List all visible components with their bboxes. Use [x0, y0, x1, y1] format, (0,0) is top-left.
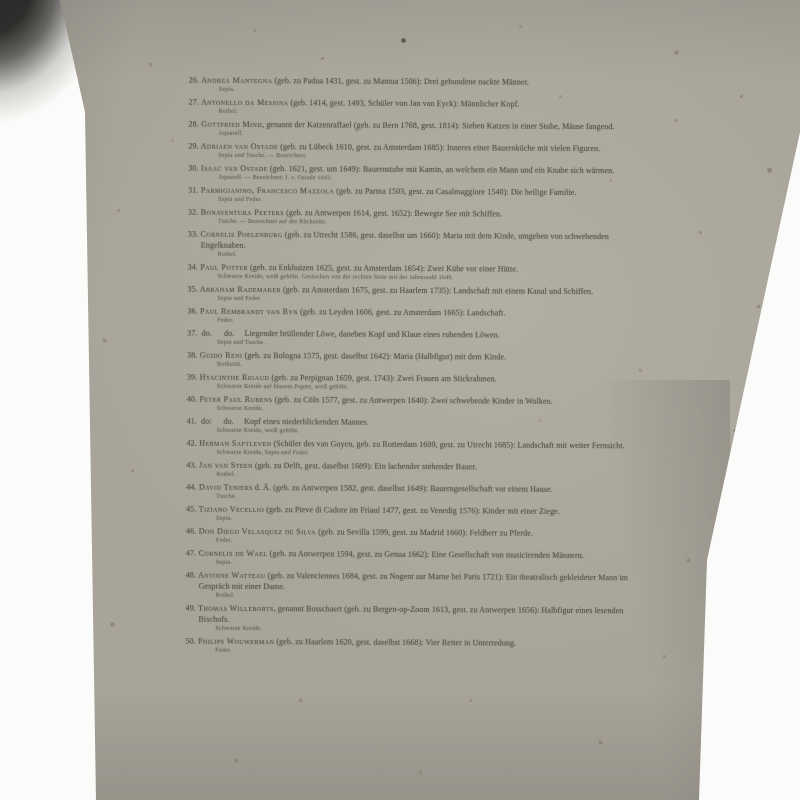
- entry-number: 47.: [186, 549, 196, 558]
- entry-medium-note: Schwarze Kreide, weiß gehöht.: [217, 427, 649, 438]
- catalog-entry: 33. Cornelis Poelenburg (geb. zu Utrecht…: [188, 229, 650, 262]
- entry-number: 40.: [187, 395, 197, 404]
- entry-number: 29.: [188, 142, 198, 151]
- entry-description: (geb. zu Sevilla 1599, gest. zu Madrid 1…: [316, 527, 533, 537]
- artist-name: David Teniers: [197, 483, 253, 492]
- entry-number: 37.: [187, 329, 197, 338]
- entry-number: 39.: [187, 373, 197, 382]
- artist-name: Guido Reni: [197, 351, 242, 360]
- catalog-entry: 42. Herman Saftleven (Schüler des van Go…: [186, 438, 648, 460]
- catalog-entry: 45. Tiziano Vecellio (geb. zu Pieve di C…: [186, 504, 648, 526]
- entry-medium-note: Sepia und Feder.: [218, 196, 650, 207]
- entry-description: (geb. zu Padua 1431, gest. zu Mantua 150…: [272, 76, 529, 87]
- entry-medium-note: Schwarze Kreide.: [215, 625, 647, 636]
- artist-name: Antoine Watteau: [196, 571, 266, 580]
- catalog-entry: 29. Adriaen van Ostade (geb. zu Lübeck 1…: [188, 141, 650, 163]
- entry-medium-note: Schwarze Kreide, weiß gehöht. Gestochen …: [218, 273, 650, 284]
- entry-medium-note: Sepia.: [219, 86, 651, 97]
- entry-medium-note: Rothel.: [218, 251, 650, 262]
- catalog-entry: 47. Cornelis de Wael (geb. zu Antwerpen …: [186, 548, 648, 570]
- artist-name: Herman Saftleven: [197, 439, 272, 448]
- catalog-entry: 41. do. do. Kopf eines niederblickenden …: [187, 416, 649, 438]
- photo-of-catalog-page: 26. Andrea Mantegna (geb. zu Padua 1431,…: [0, 0, 800, 800]
- catalog-entry: 37. do. do. Liegender brüllender Löwe, d…: [187, 328, 649, 350]
- artist-name: Hyacinthe Rigaud: [197, 373, 269, 382]
- entry-description: (geb. zu Cöln 1577, gest. zu Antwerpen 1…: [272, 395, 552, 406]
- catalog-entry: 26. Andrea Mantegna (geb. zu Padua 1431,…: [189, 75, 651, 97]
- artist-name: Peter Paul Rubens: [197, 395, 272, 404]
- entry-number: 32.: [188, 208, 198, 217]
- entry-description: (geb. zu Pieve di Cadore im Friaul 1477,…: [264, 505, 560, 516]
- entry-number: 38.: [187, 351, 197, 360]
- catalog-entry: 39. Hyacinthe Rigaud (geb. zu Perpignan …: [187, 372, 649, 394]
- entry-number: 35.: [187, 285, 197, 294]
- artist-name: Paul Rembrandt van Ryn: [198, 307, 298, 317]
- entry-medium-note: Sepia und Tusche.: [217, 339, 649, 350]
- entry-number: 44.: [186, 483, 196, 492]
- entry-number: 34.: [188, 263, 198, 272]
- entry-medium-note: Schwarze Kreide.: [217, 405, 649, 416]
- catalog-entry: 28. Gottfried Mind, genannt der Katzenra…: [188, 119, 650, 141]
- entries-list: 26. Andrea Mantegna (geb. zu Padua 1431,…: [185, 75, 651, 658]
- paper-page: 26. Andrea Mantegna (geb. zu Padua 1431,…: [0, 0, 800, 800]
- entry-description: (geb. zu Lübeck 1610, gest. zu Amsterdam…: [278, 142, 600, 153]
- entry-medium-note: Feder.: [215, 647, 647, 658]
- entry-text: 49. Thomas Willeborts, genannt Bosschaer…: [185, 603, 647, 628]
- entry-description: (geb. zu Antwerpen 1614, gest. 1652): Be…: [284, 208, 502, 218]
- entry-medium-note: Sepia.: [216, 515, 648, 526]
- artist-name: Parmigianino, Francesco Mazzola: [198, 186, 334, 196]
- entry-number: 46.: [186, 527, 196, 536]
- entry-number: 26.: [189, 76, 199, 85]
- entry-description: (geb. zu Antwerpen 1594, gest. zu Genua …: [268, 549, 584, 560]
- catalog-entry: 50. Philips Wouwerman (geb. zu Haarlem 1…: [185, 636, 647, 658]
- artist-name: Bonaventura Peeters: [198, 208, 284, 218]
- artist-name: Thomas Willeborts: [196, 604, 274, 613]
- entry-description: do. do. Liegender brüllender Löwe, daneb…: [197, 329, 499, 340]
- catalog-entry: 46. Don Diego Velasquez de Silva (geb. z…: [186, 526, 648, 548]
- entry-description: (Schüler des van Goyen, geb. zu Rotterda…: [271, 439, 624, 450]
- entry-medium-note: Rothstift.: [217, 361, 649, 372]
- artist-name: Cornelis de Wael: [196, 549, 267, 558]
- artist-name: Jan van Steen: [197, 461, 253, 470]
- catalog-entry: 40. Peter Paul Rubens (geb. zu Cöln 1577…: [187, 394, 649, 416]
- artist-name: Cornelis Poelenburg: [198, 230, 283, 240]
- entry-number: 30.: [188, 164, 198, 173]
- entry-description: (geb. 1414, gest. 1493, Schüler von Jan …: [288, 98, 519, 108]
- entry-description: (geb. zu Parma 1503, gest. zu Casalmaggi…: [334, 186, 577, 196]
- entry-medium-note: Rothel.: [219, 108, 651, 119]
- entry-number: 43.: [186, 461, 196, 470]
- catalog-entry: 32. Bonaventura Peeters (geb. zu Antwerp…: [188, 207, 650, 229]
- catalog-entry: 31. Parmigianino, Francesco Mazzola (geb…: [188, 185, 650, 207]
- entry-description: (geb. zu Delft, gest. daselbst 1689): Ei…: [253, 461, 477, 471]
- artist-name: Antonello da Messina: [199, 98, 289, 108]
- catalog-entry: 49. Thomas Willeborts, genannt Bosschaer…: [185, 603, 647, 636]
- entry-medium-note: Schwarze Kreide auf blauem Papier, weiß …: [217, 383, 649, 394]
- artist-name: Tiziano Vecellio: [196, 505, 264, 514]
- entry-description: (geb. zu Leyden 1606, gest. zu Amsterdam…: [298, 307, 506, 317]
- entry-medium-note: Feder.: [217, 317, 649, 328]
- entry-description: (geb. zu Amsterdam 1675, gest. zu Haarle…: [281, 285, 593, 296]
- entry-number: 41.: [187, 417, 197, 426]
- entry-medium-note: Feder.: [216, 537, 648, 548]
- catalog-entry: 30. Isaac van Ostade (geb. 1621, gest. u…: [188, 163, 650, 185]
- entry-number: 33.: [188, 230, 198, 239]
- entry-number: 49.: [185, 604, 195, 613]
- entry-number: 28.: [188, 120, 198, 129]
- catalog-entry: 43. Jan van Steen (geb. zu Delft, gest. …: [186, 460, 648, 482]
- entry-medium-note: Rothel.: [216, 592, 648, 603]
- artist-name: Adriaen van Ostade: [199, 142, 278, 151]
- catalog-entry: 34. Paul Potter (geb. zu Enkhuizen 1625,…: [188, 262, 650, 284]
- artist-name: Philips Wouwerman: [196, 637, 275, 646]
- catalog-entry: 48. Antoine Watteau (geb. zu Valencienne…: [186, 570, 648, 603]
- entry-description: (geb. zu Haarlem 1620, gest. daselbst 16…: [274, 637, 516, 647]
- entry-medium-note: Tusche.: [216, 493, 648, 504]
- artist-name: Gottfried Mind: [199, 120, 262, 129]
- catalog-entry: 44. David Teniers d. Ä. (geb. zu Antwerp…: [186, 482, 648, 504]
- entry-medium-note: Tusche. — Bezeichnet auf der Rückseite.: [218, 218, 650, 229]
- entry-number: 31.: [188, 186, 198, 195]
- entry-number: 50.: [185, 637, 195, 646]
- entry-text: 33. Cornelis Poelenburg (geb. zu Utrecht…: [188, 229, 650, 254]
- entry-number: 42.: [187, 439, 197, 448]
- entry-description: (geb. zu Enkhuizen 1625, gest. zu Amster…: [248, 263, 518, 274]
- catalog-text-block: 26. Andrea Mantegna (geb. zu Padua 1431,…: [185, 75, 651, 661]
- artist-name: Don Diego Velasquez de Silva: [196, 527, 316, 537]
- artist-name: Isaac van Ostade: [198, 164, 267, 173]
- entry-number: 36.: [187, 307, 197, 316]
- entry-description: (geb. zu Bologna 1575, gest. daselbst 16…: [242, 351, 506, 362]
- entry-medium-note: Rothel.: [216, 471, 648, 482]
- entry-number: 45.: [186, 505, 196, 514]
- catalog-entry: 27. Antonello da Messina (geb. 1414, ges…: [189, 97, 651, 119]
- entry-description: (geb. zu Perpignan 1659, gest. 1743): Zw…: [269, 373, 496, 383]
- catalog-entry: 38. Guido Reni (geb. zu Bologna 1575, ge…: [187, 350, 649, 372]
- entry-description: , genannt der Katzenraffael (geb. zu Ber…: [262, 120, 615, 131]
- entry-description: d. Ä. (geb. zu Antwerpen 1582, gest. das…: [253, 483, 553, 494]
- artist-name: Andrea Mantegna: [199, 76, 272, 85]
- artist-name: Abraham Rademaker: [198, 285, 281, 295]
- entry-number: 27.: [189, 98, 199, 107]
- catalog-entry: 36. Paul Rembrandt van Ryn (geb. zu Leyd…: [187, 306, 649, 328]
- entry-number: 48.: [186, 571, 196, 580]
- catalog-entry: 35. Abraham Rademaker (geb. zu Amsterdam…: [187, 284, 649, 306]
- artist-name: Paul Potter: [198, 263, 248, 272]
- entry-text: 48. Antoine Watteau (geb. zu Valencienne…: [186, 570, 648, 595]
- entry-description: do. do. Kopf eines niederblickenden Mann…: [197, 417, 369, 427]
